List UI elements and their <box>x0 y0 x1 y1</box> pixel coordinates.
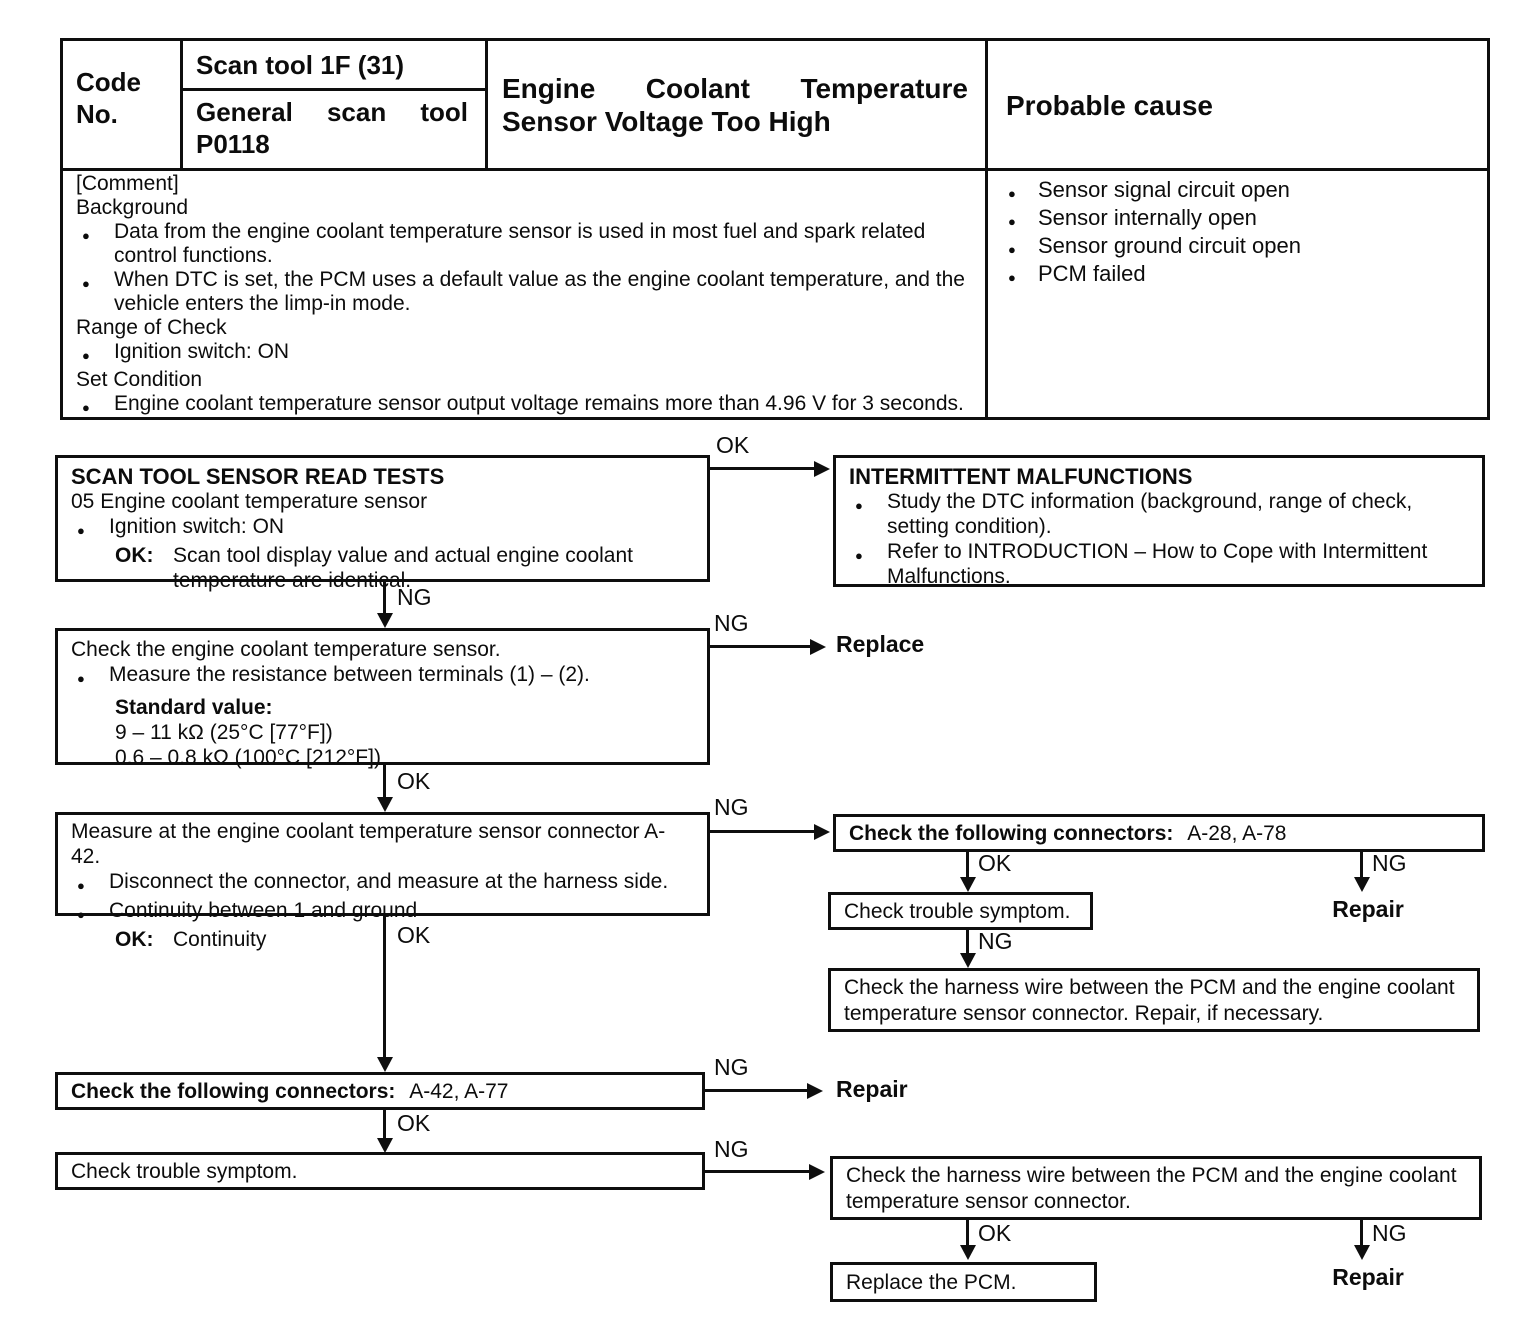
replace-action-label: Replace <box>836 631 924 658</box>
check-sensor-box: Check the engine coolant temperature sen… <box>55 628 710 765</box>
arrow-line <box>710 467 822 470</box>
check-sensor-line: Check the engine coolant temperature sen… <box>71 637 694 662</box>
check-trouble-symptom-right-box: Check trouble symptom. <box>828 892 1093 930</box>
ok-label: OK: <box>115 543 173 593</box>
check-trouble-symptom-text: Check trouble symptom. <box>844 900 1070 923</box>
arrowhead-down <box>1354 1245 1370 1260</box>
ok-text: Scan tool display value and actual engin… <box>173 543 694 593</box>
connectors-a28-a78-box: Check the following connectors: A-28, A-… <box>833 814 1485 852</box>
arrowhead-right <box>810 639 826 655</box>
connectors-a42-a77-box: Check the following connectors: A-42, A-… <box>55 1072 705 1110</box>
intermittent-title: INTERMITTENT MALFUNCTIONS <box>849 464 1469 489</box>
code-no-cell: Code No. <box>76 66 176 130</box>
harness-check-box: Check the harness wire between the PCM a… <box>830 1156 1482 1220</box>
edge-label-ng: NG <box>714 1054 749 1081</box>
scan-tool-cell: Scan tool 1F (31) <box>196 50 476 80</box>
intermittent-bullet: Refer to INTRODUCTION – How to Cope with… <box>849 539 1469 589</box>
replace-pcm-text: Replace the PCM. <box>846 1271 1016 1294</box>
set-condition-label: Set Condition <box>76 368 972 392</box>
probable-cause-item: PCM failed <box>1002 262 1470 290</box>
ok-text: Continuity <box>173 927 266 952</box>
arrow-line <box>383 765 386 801</box>
edge-label-ng: NG <box>1372 1220 1407 1247</box>
probable-cause-item: Sensor internally open <box>1002 206 1470 234</box>
general-scan-tool-cell: General scan tool P0118 <box>196 96 468 160</box>
set-item: Engine coolant temperature sensor output… <box>76 392 972 420</box>
edge-label-ok: OK <box>716 432 749 459</box>
range-item: Ignition switch: ON <box>76 340 972 368</box>
arrow-line <box>705 1089 815 1092</box>
check-sensor-bullet: Measure the resistance between terminals… <box>71 662 694 691</box>
arrowhead-down <box>960 877 976 892</box>
arrowhead-down <box>960 1245 976 1260</box>
connectors-value: A-28, A-78 <box>1187 822 1286 845</box>
probable-cause-item: Sensor ground circuit open <box>1002 234 1470 262</box>
repair-action-label: Repair <box>1318 1264 1418 1291</box>
arrowhead-down <box>377 797 393 812</box>
arrow-line <box>705 1170 817 1173</box>
check-trouble-symptom-left-box: Check trouble symptom. <box>55 1152 705 1190</box>
table-vline-cause <box>985 41 988 417</box>
harness-check-text: Check the harness wire between the PCM a… <box>846 1164 1457 1213</box>
arrowhead-right <box>814 461 830 477</box>
ok-label: OK: <box>115 927 173 952</box>
background-label: Background <box>76 196 972 220</box>
connectors-label: Check the following connectors: <box>849 822 1173 845</box>
probable-cause-header: Probable cause <box>1006 90 1456 122</box>
edge-label-ng: NG <box>714 1136 749 1163</box>
harness-repair-text: Check the harness wire between the PCM a… <box>844 976 1455 1025</box>
check-trouble-symptom-text: Check trouble symptom. <box>71 1160 297 1183</box>
comment-cell: [Comment] Background Data from the engin… <box>76 172 972 420</box>
edge-label-ok: OK <box>978 850 1011 877</box>
table-hline-scan-split <box>183 88 485 91</box>
service-manual-page: Code No. Scan tool 1F (31) General scan … <box>0 0 1536 1344</box>
edge-label-ng: NG <box>397 584 432 611</box>
table-vline-code <box>180 41 183 168</box>
measure-connector-bullet: Disconnect the connector, and measure at… <box>71 869 694 898</box>
intermittent-malfunctions-box: INTERMITTENT MALFUNCTIONS Study the DTC … <box>833 455 1485 587</box>
arrowhead-down <box>1354 877 1370 892</box>
scan-tool-tests-bullet: Ignition switch: ON <box>71 514 694 543</box>
repair-action-label: Repair <box>836 1076 908 1103</box>
arrow-line <box>710 645 818 648</box>
measure-connector-box: Measure at the engine coolant temperatur… <box>55 812 710 916</box>
measure-connector-line: Measure at the engine coolant temperatur… <box>71 819 694 869</box>
arrowhead-right <box>807 1083 823 1099</box>
scan-tool-tests-line: 05 Engine coolant temperature sensor <box>71 489 694 514</box>
dtc-title-cell: Engine Coolant Temperature Sensor Voltag… <box>502 72 968 138</box>
edge-label-ng: NG <box>714 610 749 637</box>
arrow-line <box>1360 852 1363 880</box>
scan-tool-tests-title: SCAN TOOL SENSOR READ TESTS <box>71 464 694 489</box>
range-of-check-label: Range of Check <box>76 316 972 340</box>
standard-value-1: 9 – 11 kΩ (25°C [77°F]) <box>115 720 694 745</box>
connectors-value: A-42, A-77 <box>409 1080 508 1103</box>
edge-label-ng: NG <box>714 794 749 821</box>
comment-tag: [Comment] <box>76 172 972 196</box>
replace-pcm-box: Replace the PCM. <box>830 1262 1097 1302</box>
harness-repair-box: Check the harness wire between the PCM a… <box>828 968 1480 1032</box>
arrow-line <box>966 852 969 880</box>
standard-value-block: Standard value: 9 – 11 kΩ (25°C [77°F]) … <box>115 695 694 770</box>
edge-label-ng: NG <box>978 928 1013 955</box>
edge-label-ok: OK <box>978 1220 1011 1247</box>
probable-cause-list: Sensor signal circuit open Sensor intern… <box>1002 178 1470 290</box>
arrowhead-right <box>809 1164 825 1180</box>
standard-value-label: Standard value: <box>115 695 694 720</box>
connectors-label: Check the following connectors: <box>71 1080 395 1103</box>
arrowhead-right <box>814 824 830 840</box>
arrowhead-down <box>960 953 976 968</box>
intermittent-bullet: Study the DTC information (background, r… <box>849 489 1469 539</box>
arrowhead-down <box>377 1057 393 1072</box>
edge-label-ng: NG <box>1372 850 1407 877</box>
arrow-line <box>710 830 822 833</box>
edge-label-ok: OK <box>397 768 430 795</box>
scan-tool-tests-box: SCAN TOOL SENSOR READ TESTS 05 Engine co… <box>55 455 710 582</box>
background-item: When DTC is set, the PCM uses a default … <box>76 268 972 316</box>
repair-action-label: Repair <box>1318 896 1418 923</box>
arrowhead-down <box>377 613 393 628</box>
arrowhead-down <box>377 1138 393 1153</box>
arrow-line <box>383 916 386 1060</box>
arrow-line <box>1360 1220 1363 1248</box>
background-item: Data from the engine coolant temperature… <box>76 220 972 268</box>
arrow-line <box>966 1220 969 1248</box>
edge-label-ok: OK <box>397 922 430 949</box>
table-hline-header <box>63 168 1487 171</box>
probable-cause-item: Sensor signal circuit open <box>1002 178 1470 206</box>
table-vline-scan <box>485 41 488 168</box>
edge-label-ok: OK <box>397 1110 430 1137</box>
standard-value-2: 0.6 – 0.8 kΩ (100°C [212°F]) <box>115 745 694 770</box>
